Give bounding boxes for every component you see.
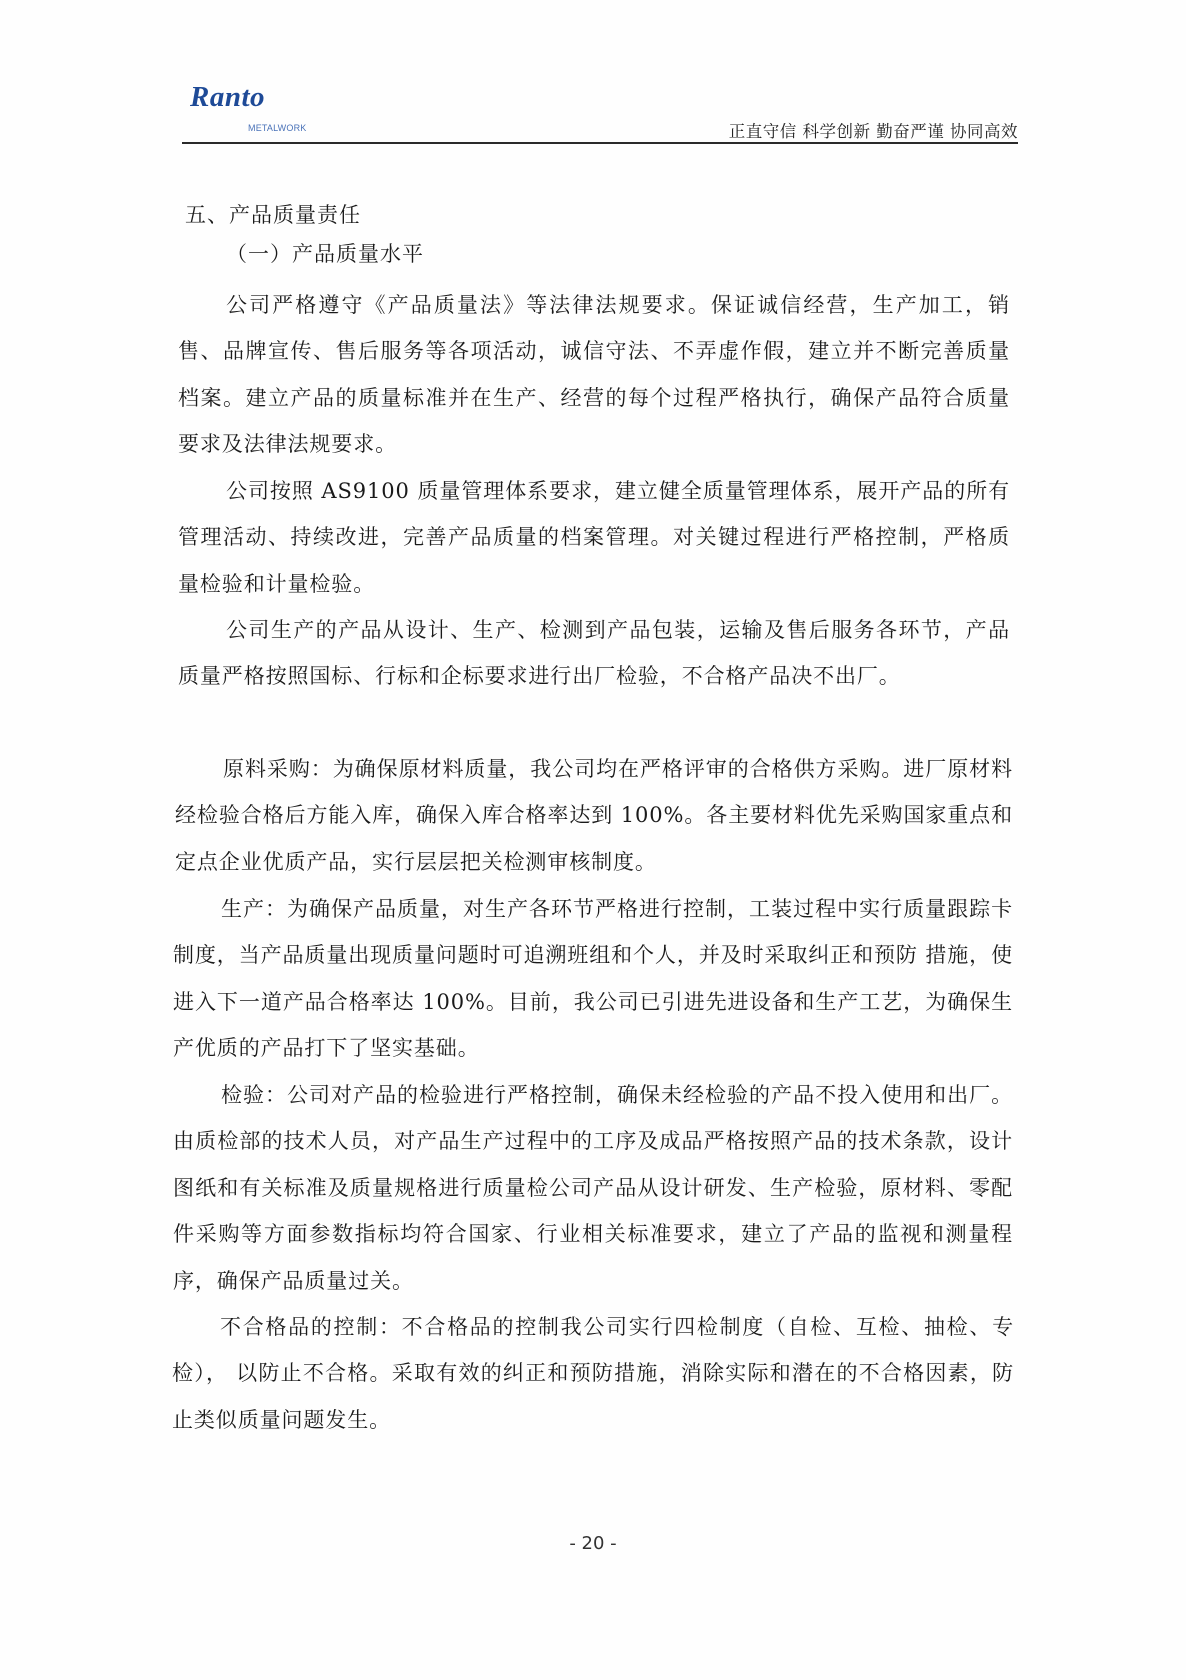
document-page: Ranto METALWORK 正直守信 科学创新 勤奋严谨 协同高效 五、产品… — [0, 0, 1186, 1680]
paragraph-production-chain: 公司生产的产品从设计、生产、检测到产品包装，运输及售后服务各环节，产品质量严格按… — [178, 607, 1010, 700]
section-title: 五、产品质量责任 — [185, 201, 361, 229]
subsection-title: （一）产品质量水平 — [226, 240, 424, 268]
paragraph-nonconforming-control: 不合格品的控制：不合格品的控制我公司实行四检制度（自检、互检、抽检、专检）， 以… — [172, 1304, 1014, 1443]
logo-subtitle: METALWORK — [248, 123, 306, 133]
company-motto: 正直守信 科学创新 勤奋严谨 协同高效 — [729, 118, 1018, 142]
page-number: - 20 - — [0, 1533, 1186, 1554]
paragraph-production: 生产：为确保产品质量，对生产各环节严格进行控制，工装过程中实行质量跟踪卡制度，当… — [173, 886, 1013, 1072]
paragraph-as9100: 公司按照 AS9100 质量管理体系要求，建立健全质量管理体系，展开产品的所有管… — [178, 468, 1010, 607]
company-logo: Ranto METALWORK — [190, 82, 265, 112]
page-header: Ranto METALWORK 正直守信 科学创新 勤奋严谨 协同高效 — [182, 78, 1018, 144]
logo-wordmark: Ranto — [190, 82, 265, 112]
paragraph-inspection: 检验：公司对产品的检验进行严格控制，确保未经检验的产品不投入使用和出厂。由质检部… — [173, 1072, 1013, 1304]
header-divider — [182, 142, 1018, 144]
paragraph-raw-material-procurement: 原料采购：为确保原材料质量，我公司均在严格评审的合格供方采购。进厂原材料经检验合… — [175, 746, 1013, 885]
paragraph-quality-law: 公司严格遵守《产品质量法》等法律法规要求。保证诚信经营，生产加工，销售、品牌宣传… — [178, 282, 1010, 468]
